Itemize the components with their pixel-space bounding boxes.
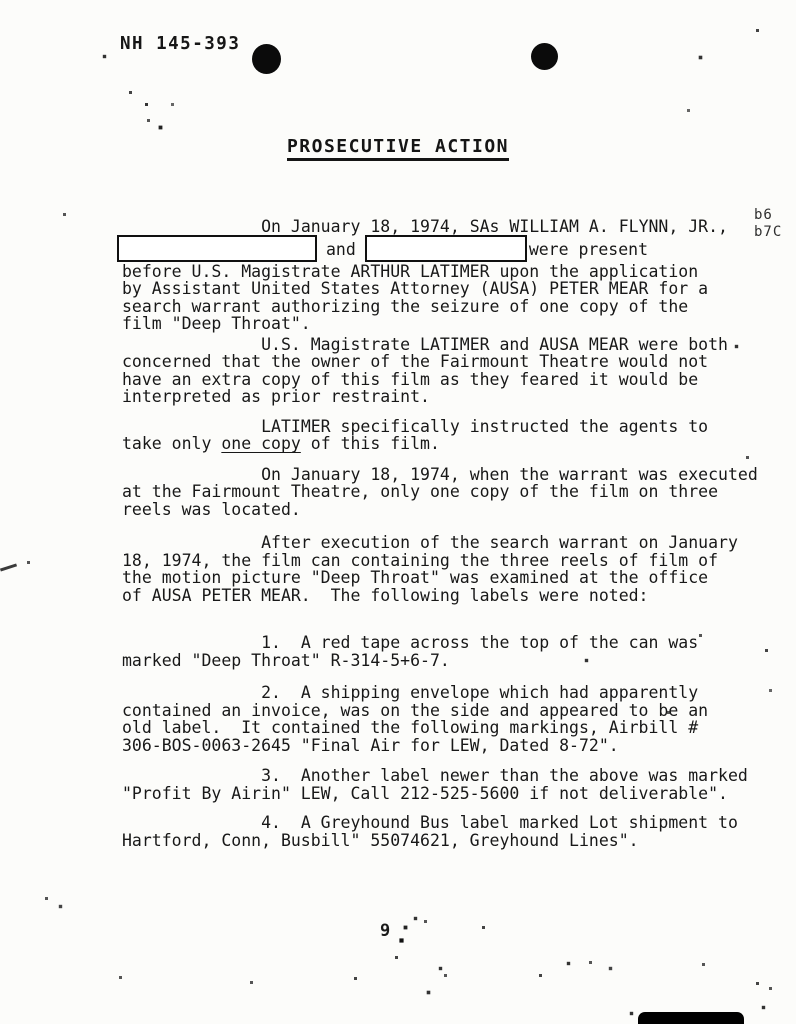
document-body: On January 18, 1974, SAs WILLIAM A. FLYN… — [122, 218, 767, 849]
paragraph-3-pre: take only — [122, 434, 221, 453]
heading-row: PROSECUTIVE ACTION — [0, 136, 796, 161]
paragraph-1-line1: On January 18, 1974, SAs WILLIAM A. FLYN… — [122, 218, 767, 236]
list-item-4: 4. A Greyhound Bus label marked Lot ship… — [122, 814, 767, 849]
redaction-box — [365, 235, 527, 262]
paragraph-1-redacted-line: andwere present — [122, 236, 767, 263]
paragraph-5: After execution of the search warrant on… — [122, 534, 767, 604]
hole-punch-mark — [252, 44, 281, 74]
scan-noise-speckles — [0, 0, 1, 1]
section-heading: PROSECUTIVE ACTION — [287, 136, 509, 161]
paragraph-1-conjunction: and — [326, 240, 356, 259]
paragraph-3-line1: LATIMER specifically instructed the agen… — [122, 418, 767, 436]
document-page: NH 145-393 PROSECUTIVE ACTION b6 b7C On … — [0, 0, 796, 1024]
scan-edge-artifact — [638, 1012, 744, 1024]
paragraph-1-rest: before U.S. Magistrate ARTHUR LATIMER up… — [122, 263, 767, 333]
paragraph-3: LATIMER specifically instructed the agen… — [122, 418, 767, 453]
paragraph-1-tail: were present — [529, 240, 648, 259]
paragraph-1: On January 18, 1974, SAs WILLIAM A. FLYN… — [122, 218, 767, 333]
paragraph-3-line2: take only one copy of this film. — [122, 434, 440, 453]
scan-dash-artifact — [0, 563, 17, 571]
paragraph-2: U.S. Magistrate LATIMER and AUSA MEAR we… — [122, 336, 767, 406]
underlined-text: one copy — [221, 434, 300, 453]
list-item-2: 2. A shipping envelope which had apparen… — [122, 684, 767, 754]
list-item-1: 1. A red tape across the top of the can … — [122, 634, 767, 669]
paragraph-3-post: of this film. — [301, 434, 440, 453]
redaction-box — [117, 235, 317, 262]
hole-punch-mark — [531, 43, 558, 70]
paragraph-4: On January 18, 1974, when the warrant wa… — [122, 466, 767, 519]
file-number: NH 145-393 — [120, 34, 240, 54]
page-number: 9 — [380, 921, 390, 941]
list-item-3: 3. Another label newer than the above wa… — [122, 767, 767, 802]
